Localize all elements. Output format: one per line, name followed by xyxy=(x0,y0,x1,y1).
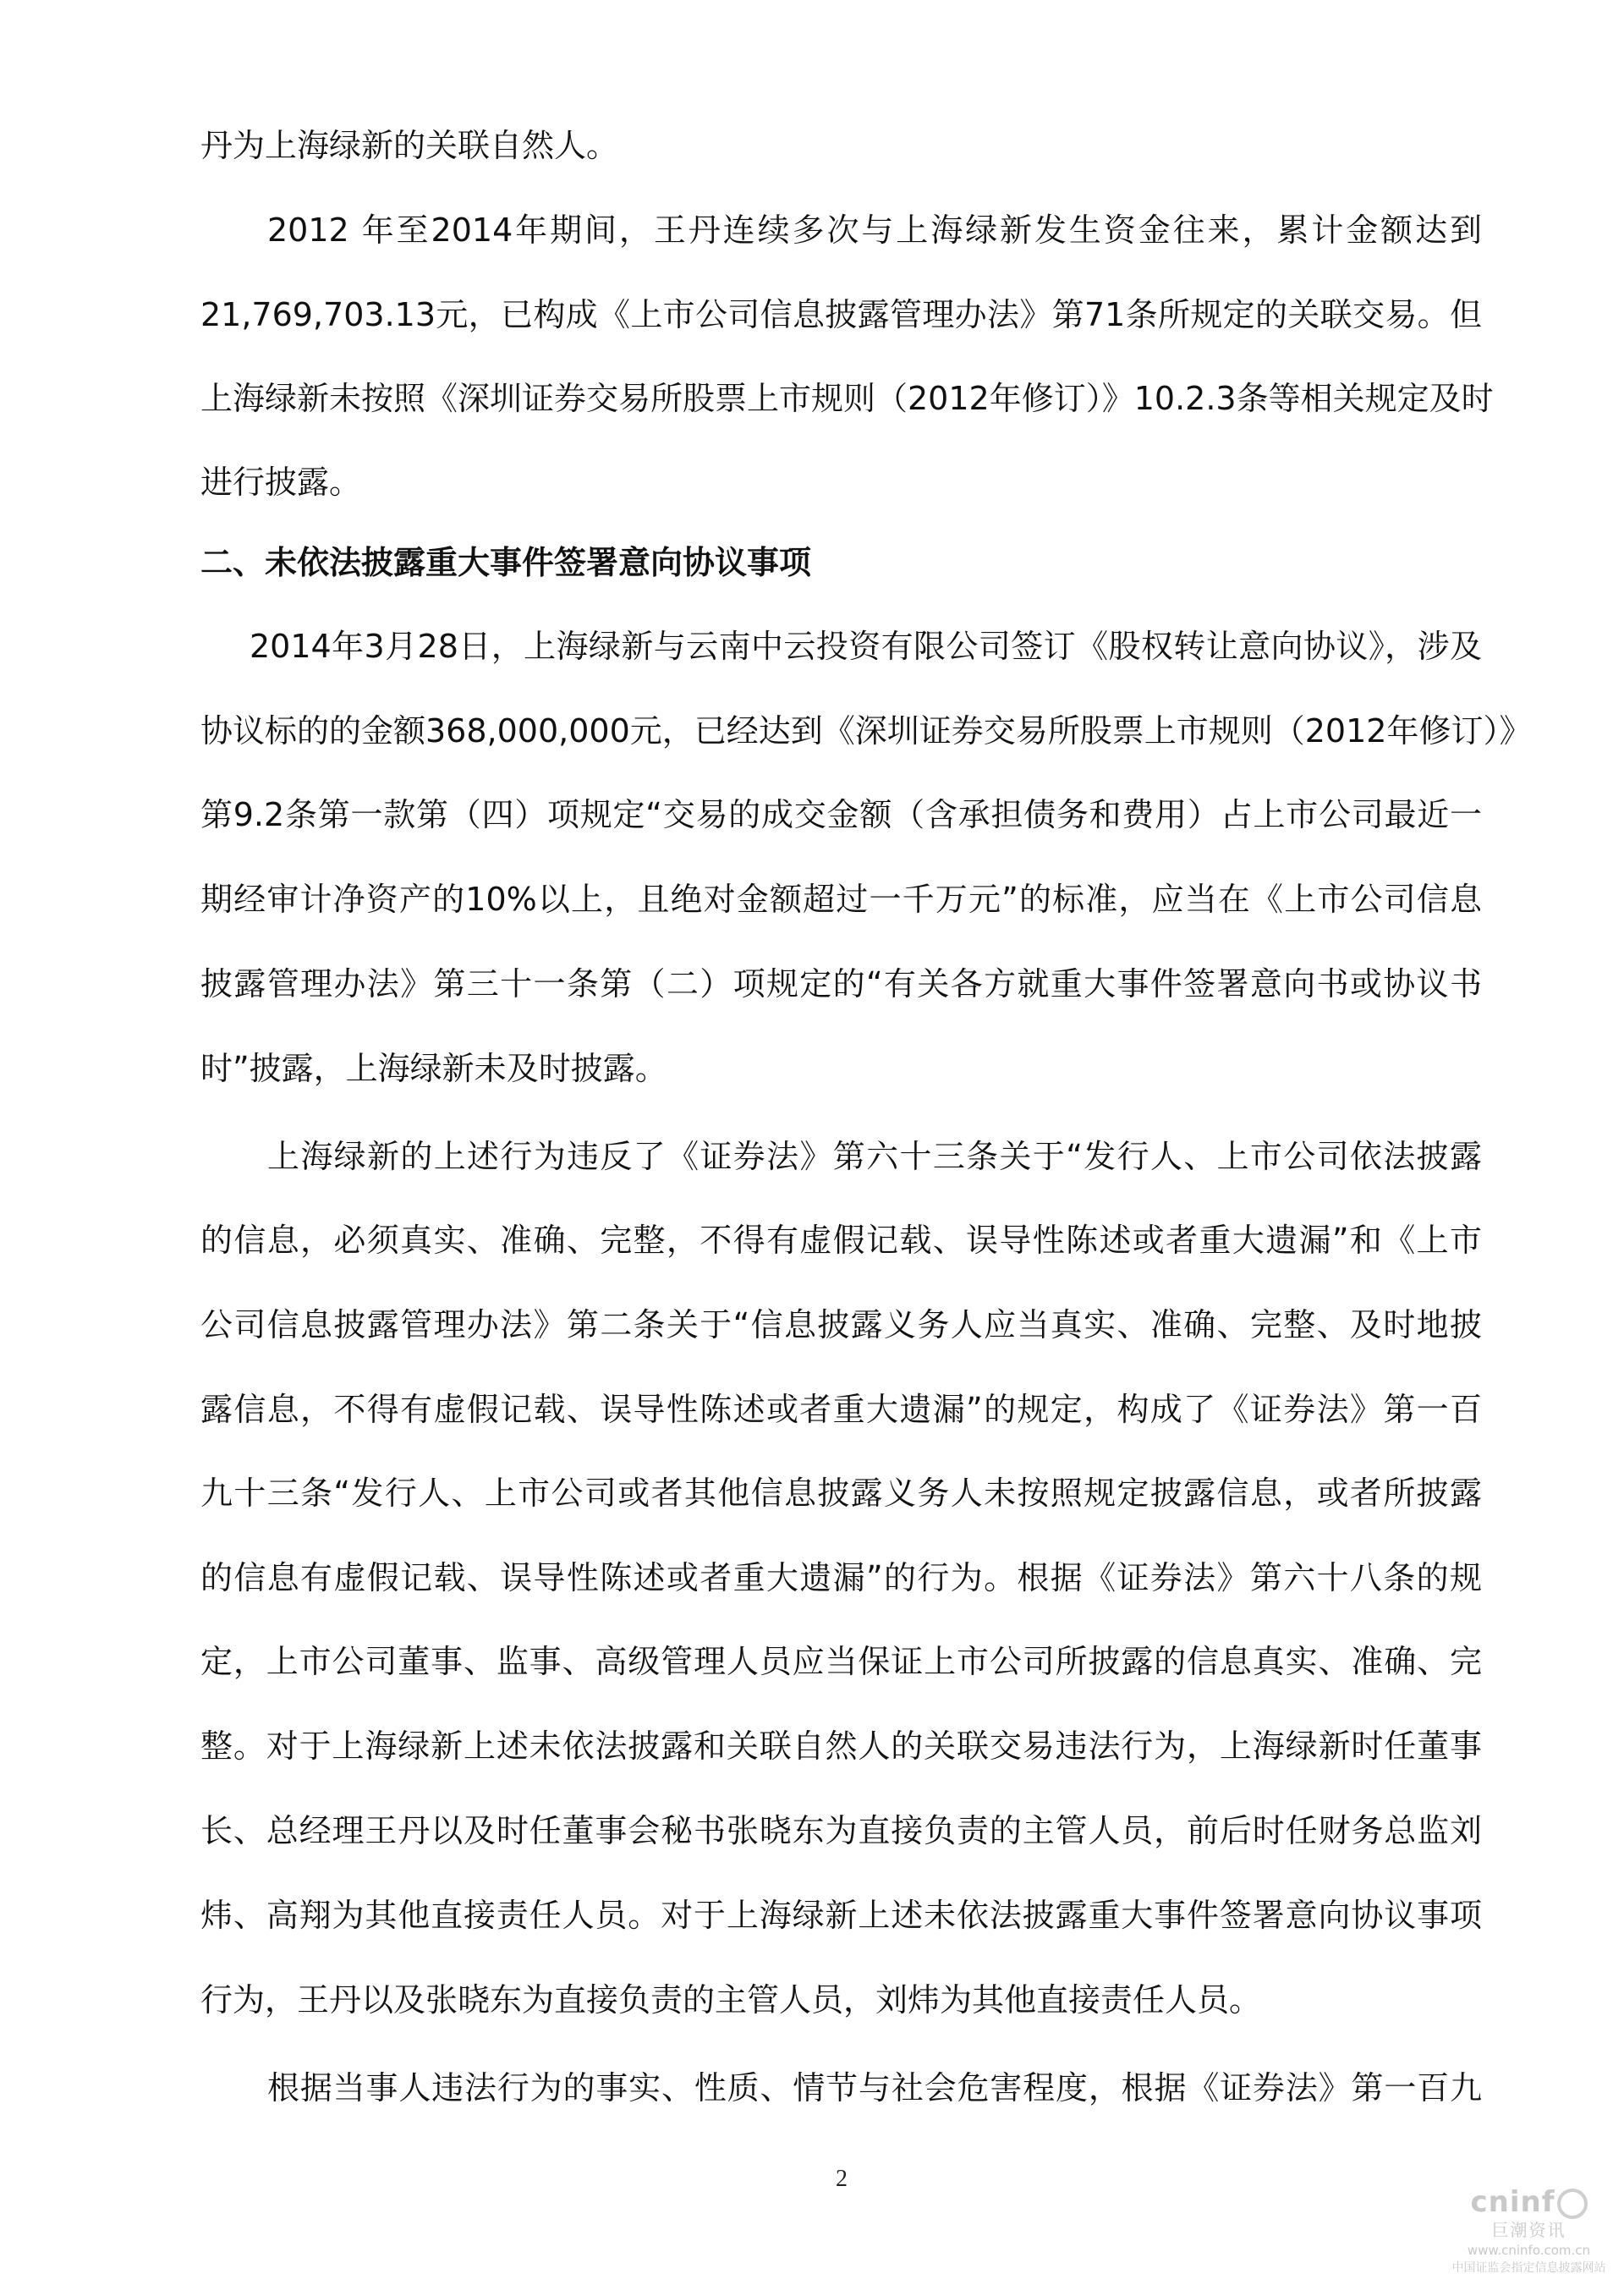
text-line: 2012 年至2014年期间，王丹连续多次与上海绿新发生资金往来，累计金额达到 xyxy=(267,210,1482,250)
text-line: 整。对于上海绿新上述未依法披露和关联自然人的关联交易违法行为，上海绿新时任董事 xyxy=(200,1726,1482,1766)
text-line: 2014年3月28日，上海绿新与云南中云投资有限公司签订《股权转让意向协议》，涉… xyxy=(250,626,1482,667)
text-line: 期经审计净资产的10%以上，且绝对金额超过一千万元”的标准，应当在《上市公司信息 xyxy=(200,879,1482,920)
section-heading: 二、未依法披露重大事件签署意向协议事项 xyxy=(200,542,1482,583)
text-line: 公司信息披露管理办法》第二条关于“信息披露义务人应当真实、准确、完整、及时地披 xyxy=(200,1305,1482,1345)
text-line: 的信息，必须真实、准确、完整，不得有虚假记载、误导性陈述或者重大遗漏”和《上市 xyxy=(200,1220,1482,1261)
text-line: 21,769,703.13元，已构成《上市公司信息披露管理办法》第71条所规定的… xyxy=(200,294,1482,335)
cninfo-logo-icon xyxy=(1557,2189,1588,2219)
watermark-logo-text: cninf xyxy=(1470,2185,1555,2219)
text-line: 时”披露，上海绿新未及时披露。 xyxy=(200,1048,1482,1089)
text-line: 露信息，不得有虚假记载、误导性陈述或者重大遗漏”的规定，构成了《证券法》第一百 xyxy=(200,1389,1482,1430)
text-line: 九十三条“发行人、上市公司或者其他信息披露义务人未按照规定披露信息，或者所披露 xyxy=(200,1473,1482,1513)
text-line: 根据当事人违法行为的事实、性质、情节与社会危害程度，根据《证券法》第一百九 xyxy=(267,2068,1482,2108)
text-line: 炜、高翔为其他直接责任人员。对于上海绿新上述未依法披露重大事件签署意向协议事项 xyxy=(200,1895,1482,1936)
document-page: 丹为上海绿新的关联自然人。 2012 年至2014年期间，王丹连续多次与上海绿新… xyxy=(0,0,1624,2296)
cninfo-watermark: cninf 巨潮资讯 www.cninfo.com.cn 中国证监会指定信息披露… xyxy=(1434,2187,1624,2288)
text-line: 协议标的的金额368,000,000元，已经达到《深圳证券交易所股票上市规则（2… xyxy=(200,711,1482,751)
watermark-logo: cninf xyxy=(1434,2187,1624,2219)
watermark-tagline: 中国证监会指定信息披露网站 xyxy=(1434,2260,1624,2277)
text-line: 定，上市公司董事、监事、高级管理人员应当保证上市公司所披露的信息真实、准确、完 xyxy=(200,1641,1482,1682)
text-line: 上海绿新未按照《深圳证券交易所股票上市规则（2012年修订）》10.2.3条等相… xyxy=(200,378,1482,419)
text-line: 长、总经理王丹以及时任董事会秘书张晓东为直接负责的主管人员，前后时任财务总监刘 xyxy=(200,1810,1482,1851)
text-line: 丹为上海绿新的关联自然人。 xyxy=(200,125,1482,166)
page-number: 2 xyxy=(829,2166,854,2193)
text-line: 的信息有虚假记载、误导性陈述或者重大遗漏”的行为。根据《证券法》第六十八条的规 xyxy=(200,1557,1482,1598)
text-line: 行为，王丹以及张晓东为直接负责的主管人员，刘炜为其他直接责任人员。 xyxy=(200,1980,1482,2020)
text-line: 进行披露。 xyxy=(200,462,1482,503)
text-line: 上海绿新的上述行为违反了《证券法》第六十三条关于“发行人、上市公司依法披露 xyxy=(267,1136,1482,1177)
watermark-url: www.cninfo.com.cn xyxy=(1434,2241,1624,2260)
text-line: 披露管理办法》第三十一条第（二）项规定的“有关各方就重大事件签署意向书或协议书 xyxy=(200,964,1482,1004)
text-line: 第9.2条第一款第（四）项规定“交易的成交金额（含承担债务和费用）占上市公司最近… xyxy=(200,794,1482,835)
watermark-brand: 巨潮资讯 xyxy=(1434,2219,1624,2241)
